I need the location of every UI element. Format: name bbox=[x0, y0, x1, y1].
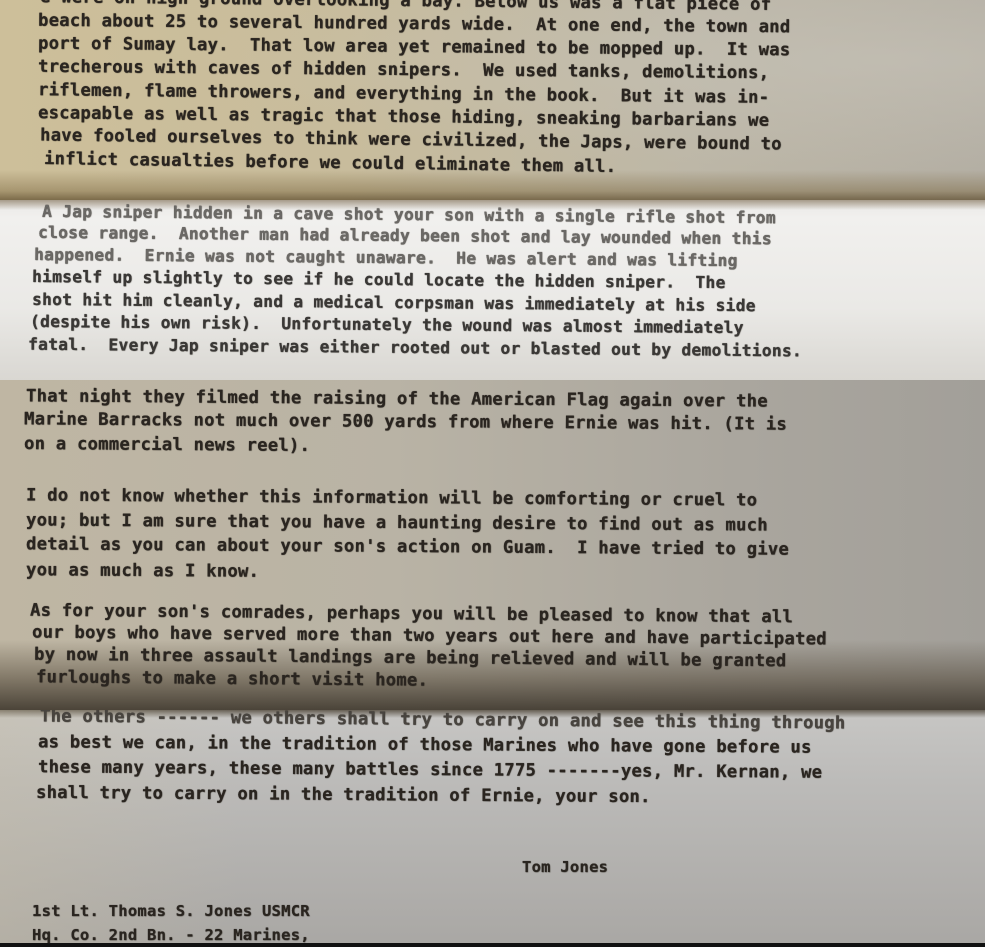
letter-photo: e were on high ground overlooking a bay.… bbox=[0, 0, 985, 947]
text-line: fatal. Every Jap sniper was either roote… bbox=[28, 335, 802, 361]
text-line: furloughs to make a short visit home. bbox=[36, 667, 428, 690]
text-line: detail as you can about your son's actio… bbox=[26, 534, 789, 559]
letter-fold-panel-lower: That night they filmed the raising of th… bbox=[0, 380, 985, 710]
letter-fold-panel-top: e were on high ground overlooking a bay.… bbox=[0, 0, 985, 200]
text-line: close range. Another man had already bee… bbox=[38, 223, 772, 248]
text-line: shot hit him cleanly, and a medical corp… bbox=[32, 290, 756, 315]
signature-name: Tom Jones bbox=[522, 858, 608, 876]
text-line: these many years, these many battles sin… bbox=[38, 757, 822, 782]
letter-fold-panel-bottom: The others ------ we others shall try to… bbox=[0, 710, 985, 947]
text-line: as best we can, in the tradition of thos… bbox=[38, 732, 812, 757]
text-line: (despite his own risk). Unfortunately th… bbox=[30, 312, 744, 337]
letter-fold-panel-middle: A Jap sniper hidden in a cave shot your … bbox=[0, 200, 985, 380]
text-line: happened. Ernie was not caught unaware. … bbox=[34, 245, 738, 270]
text-line: I do not know whether this information w… bbox=[26, 485, 757, 510]
text-line: himself up slightly to see if he could l… bbox=[32, 267, 726, 292]
text-line: shall try to carry on in the tradition o… bbox=[36, 783, 651, 807]
sender-unit: Hq. Co. 2nd Bn. - 22 Marines, bbox=[32, 926, 310, 944]
text-line: inflict casualties before we could elimi… bbox=[44, 149, 617, 177]
sender-rank-name: 1st Lt. Thomas S. Jones USMCR bbox=[32, 902, 310, 920]
text-line: beach about 25 to several hundred yards … bbox=[38, 11, 791, 38]
text-line: The others ------ we others shall try to… bbox=[40, 710, 846, 734]
text-line: port of Sumay lay. That low area yet rem… bbox=[38, 34, 791, 61]
text-line: That night they filmed the raising of th… bbox=[26, 386, 768, 411]
text-line: you as much as I know. bbox=[26, 560, 259, 582]
text-line: trecherous with caves of hidden snipers.… bbox=[38, 57, 769, 83]
text-line: Marine Barracks not much over 500 yards … bbox=[24, 409, 787, 434]
text-line: on a commercial news reel). bbox=[24, 434, 310, 456]
text-line: you; but I am sure that you have a haunt… bbox=[26, 510, 768, 535]
